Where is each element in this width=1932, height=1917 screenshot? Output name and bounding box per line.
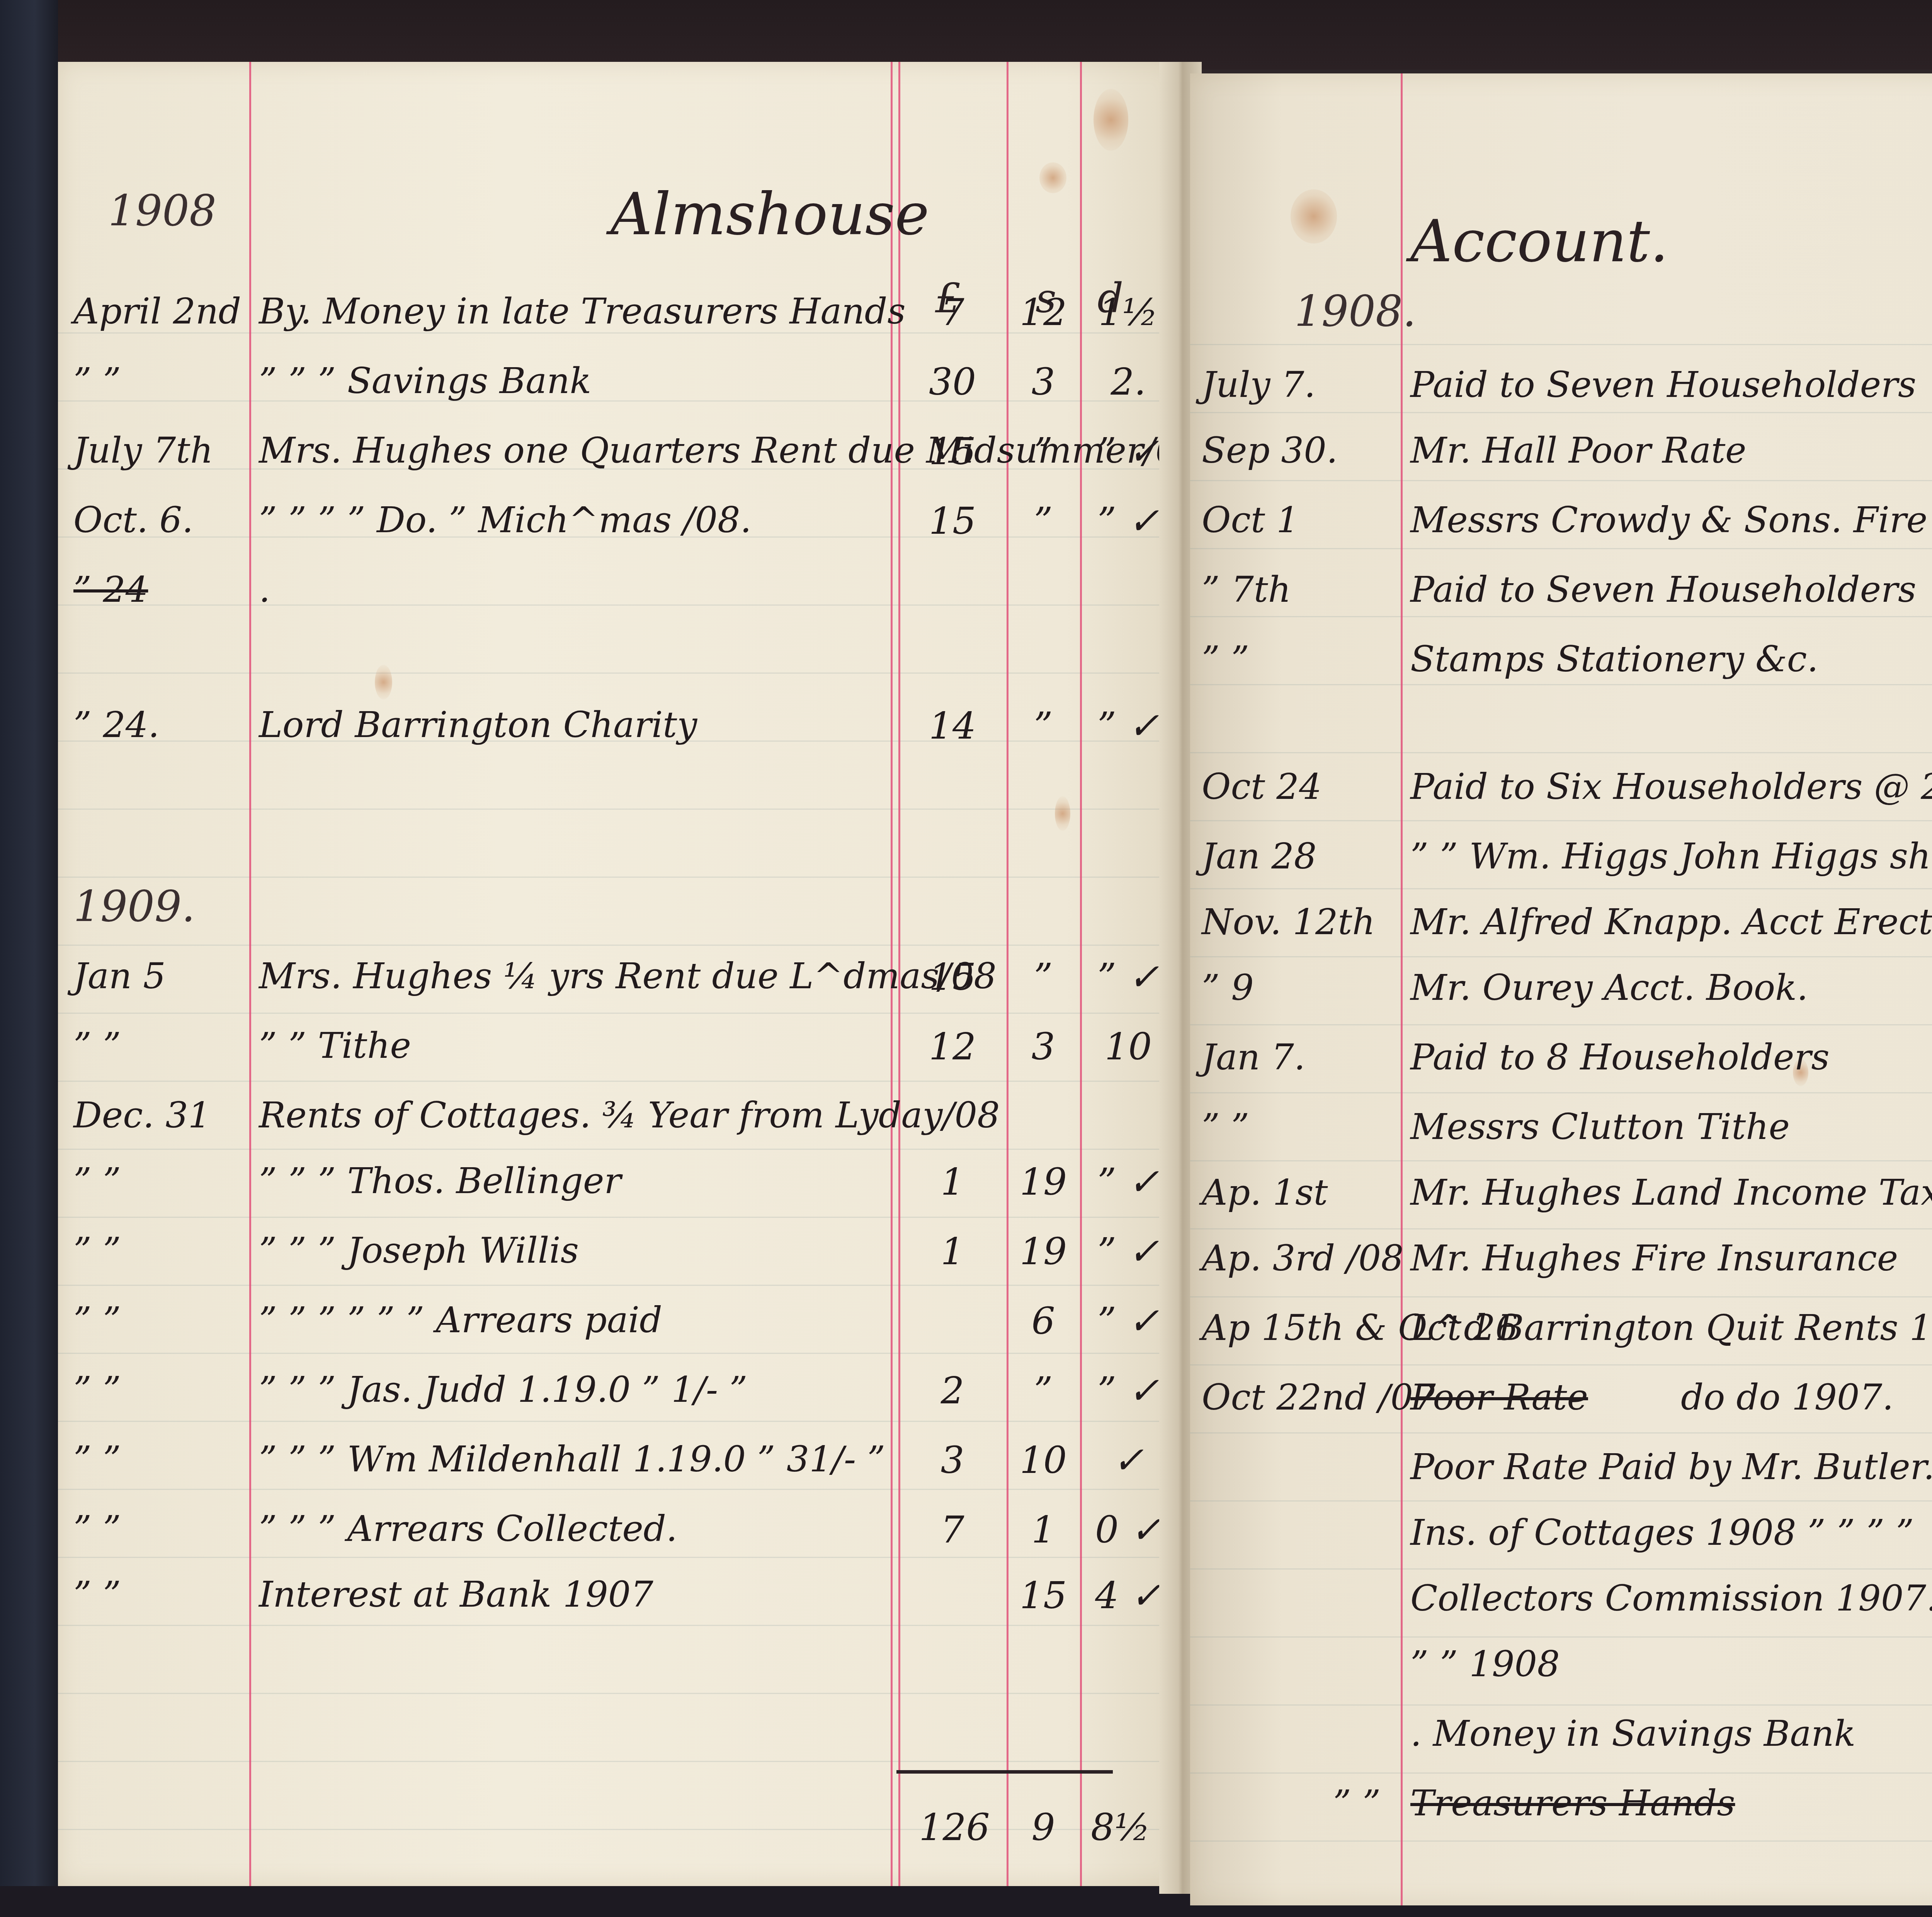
entry-date: April 2nd bbox=[73, 294, 241, 329]
ruled-line bbox=[1190, 480, 1932, 481]
entry-description: ” ” ” Jas. Judd 1.19.0 ” 1/- ” bbox=[259, 1372, 747, 1408]
amount-shillings: 15 bbox=[1009, 1577, 1078, 1614]
ledger-year: 1908 bbox=[108, 189, 216, 232]
ruled-line bbox=[58, 945, 1179, 946]
ruled-line bbox=[1190, 1024, 1932, 1025]
entry-date: ” ” bbox=[73, 1233, 121, 1268]
entry-description: Stamps Stationery &c. bbox=[1410, 642, 1818, 677]
amount-shillings: ” bbox=[1009, 958, 1078, 996]
amount-pounds: 3 bbox=[900, 1442, 1005, 1479]
entry-description: . Money in Savings Bank bbox=[1410, 1716, 1855, 1752]
ruled-line bbox=[58, 1421, 1179, 1422]
ruled-line bbox=[58, 1285, 1179, 1286]
entry-date: July 7th bbox=[73, 433, 213, 468]
entry-description: do do 1907. bbox=[1681, 1380, 1893, 1415]
entry-description: Paid to Seven Householders bbox=[1410, 572, 1916, 608]
entry-description: ” ” ” Joseph Willis bbox=[259, 1233, 579, 1268]
entry-date: Sep 30. bbox=[1202, 433, 1338, 468]
entry-description: Mrs. Hughes ¼ yrs Rent due L^dmas/08 bbox=[259, 958, 997, 994]
amount-pounds: 15 bbox=[900, 958, 1005, 996]
entry-description: ” ” ” Thos. Bellinger bbox=[259, 1163, 621, 1199]
foxing-stain bbox=[1055, 796, 1070, 831]
entry-date: Ap. 3rd /08 bbox=[1202, 1241, 1404, 1276]
ruled-line bbox=[1190, 548, 1932, 549]
entry-date: ” 24. bbox=[73, 707, 160, 743]
ruled-line bbox=[1190, 1704, 1932, 1706]
entry-description: L^d Barrington Quit Rents 1908. bbox=[1410, 1310, 1932, 1346]
entry-date: ” 24 bbox=[73, 572, 148, 608]
amount-pounds: 7 bbox=[900, 294, 1005, 331]
amount-pounds: 15 bbox=[900, 433, 1005, 470]
entry-date: ” 9 bbox=[1202, 970, 1254, 1006]
entry-date: Ap. 1st bbox=[1202, 1175, 1328, 1210]
entry-date: ” ” bbox=[1202, 642, 1249, 677]
entry-description: By. Money in late Treasurers Hands bbox=[259, 294, 906, 329]
total-pounds: 126 bbox=[904, 1809, 1005, 1846]
entry-description: ” ” ” Wm Mildenhall 1.19.0 ” 31/- ” bbox=[259, 1442, 885, 1477]
foxing-stain bbox=[1039, 162, 1066, 193]
year-label: 1909. bbox=[73, 885, 195, 928]
ruled-line bbox=[58, 877, 1179, 878]
ruled-line bbox=[58, 1217, 1179, 1218]
foxing-stain bbox=[1094, 89, 1128, 151]
entry-date: ” ” bbox=[73, 1372, 121, 1408]
total-underline bbox=[896, 1770, 1113, 1774]
amount-shillings: ” bbox=[1009, 433, 1078, 470]
ruled-line bbox=[1190, 1228, 1932, 1229]
ruled-line bbox=[58, 1081, 1179, 1082]
ruled-line bbox=[1190, 1772, 1932, 1774]
entry-date: July 7. bbox=[1202, 367, 1316, 403]
entry-description: Lord Barrington Charity bbox=[259, 707, 697, 743]
amount-pounds: 1 bbox=[900, 1233, 1005, 1270]
entry-description: ” ” 1908 bbox=[1410, 1646, 1560, 1682]
ruled-line bbox=[1190, 1160, 1932, 1161]
entry-date: ” ” bbox=[73, 1302, 121, 1338]
entry-date: Oct 1 bbox=[1202, 502, 1299, 538]
ruled-line bbox=[58, 1625, 1179, 1626]
amount-pounds: 14 bbox=[900, 707, 1005, 744]
amount-pounds: 30 bbox=[900, 363, 1005, 400]
ruled-line bbox=[58, 332, 1179, 334]
ruled-line bbox=[58, 1557, 1179, 1558]
amount-shillings: 10 bbox=[1009, 1442, 1078, 1479]
ruled-line bbox=[58, 400, 1179, 402]
entry-description: Rents of Cottages. ¾ Year from Lyday/08 bbox=[259, 1098, 1000, 1133]
ruled-line bbox=[1190, 616, 1932, 617]
amount-shillings: ” bbox=[1009, 1372, 1078, 1409]
entry-date: Oct 22nd /07 bbox=[1202, 1380, 1436, 1415]
amount-pounds: 15 bbox=[900, 502, 1005, 540]
amount-shillings: 12 bbox=[1009, 294, 1078, 331]
ruled-line bbox=[1190, 752, 1932, 753]
entry-date: ” ” bbox=[73, 1442, 121, 1477]
ruled-line bbox=[58, 1761, 1179, 1762]
date-margin-rule bbox=[249, 62, 251, 1886]
entry-description: . bbox=[259, 572, 270, 608]
ruled-line bbox=[1190, 684, 1932, 685]
entry-date: Jan 7. bbox=[1202, 1040, 1305, 1075]
amount-shillings: 19 bbox=[1009, 1233, 1078, 1270]
entry-description: Mr. Alfred Knapp. Acct Erection of New E… bbox=[1410, 904, 1932, 940]
entry-date: ” ” bbox=[1202, 1109, 1249, 1145]
ruled-line bbox=[58, 1149, 1179, 1150]
entry-description: Paid to Six Householders @ 28/- each bbox=[1410, 769, 1932, 805]
amount-pounds: 1 bbox=[900, 1163, 1005, 1200]
ruled-line bbox=[58, 604, 1179, 606]
amount-shillings: 3 bbox=[1009, 1028, 1078, 1065]
foxing-stain bbox=[375, 665, 392, 700]
entry-date: Oct 24 bbox=[1202, 769, 1321, 805]
entry-description: ” ” ” ” ” ” Arrears paid bbox=[259, 1302, 662, 1338]
entry-description: Mr. Ourey Acct. Book. bbox=[1410, 970, 1808, 1006]
entry-date: ” ” bbox=[73, 1028, 121, 1064]
foxing-stain bbox=[1291, 189, 1337, 243]
ruled-line bbox=[1190, 956, 1932, 957]
struck-text: Poor Rate bbox=[1410, 1380, 1588, 1415]
entry-description: ” ” Wm. Higgs John Higgs share of L^d Ba… bbox=[1410, 839, 1932, 874]
ruled-line bbox=[58, 672, 1179, 674]
ruled-line bbox=[1190, 820, 1932, 821]
ledger-page-right: Account. 1908. £ s d July 7.Paid to Seve… bbox=[1190, 73, 1932, 1905]
ruled-line bbox=[1190, 1500, 1932, 1502]
entry-description: ” ” ” Arrears Collected. bbox=[259, 1511, 677, 1547]
amount-pounds: 7 bbox=[900, 1511, 1005, 1548]
ruled-line bbox=[58, 1489, 1179, 1490]
entry-date: ” ” bbox=[73, 1511, 121, 1547]
ruled-line bbox=[1190, 1364, 1932, 1365]
entry-date: ” ” bbox=[73, 1577, 121, 1612]
entry-date: ” ” bbox=[73, 1163, 121, 1199]
entry-date: ” 7th bbox=[1202, 572, 1291, 608]
ledger-year: 1908. bbox=[1294, 290, 1416, 332]
book-cover-left bbox=[0, 0, 58, 1917]
total-shillings: 9 bbox=[1009, 1809, 1078, 1846]
entry-description: Messrs Clutton Tithe bbox=[1410, 1109, 1790, 1145]
ruled-line bbox=[1190, 344, 1932, 345]
entry-description: Poor Rate Paid by Mr. Butler. bbox=[1410, 1449, 1932, 1485]
entry-description: Mr. Hughes Fire Insurance bbox=[1410, 1241, 1898, 1276]
ruled-line bbox=[1190, 1568, 1932, 1570]
entry-date: Oct. 6. bbox=[73, 502, 193, 538]
entry-description: Ins. of Cottages 1908 ” ” ” ” bbox=[1410, 1515, 1914, 1551]
ruled-line bbox=[1190, 1636, 1932, 1638]
entry-description: Paid to Seven Householders bbox=[1410, 367, 1916, 403]
ledger-page-left: 1908 Almshouse £ s d April 2ndBy. Money … bbox=[58, 62, 1179, 1886]
entry-description: ” ” ” Savings Bank bbox=[259, 363, 591, 399]
entry-description: Interest at Bank 1907 bbox=[259, 1577, 653, 1612]
entry-description: Mr. Hall Poor Rate bbox=[1410, 433, 1747, 468]
entry-date: Nov. 12th bbox=[1202, 904, 1375, 940]
entry-date: ” ” bbox=[73, 363, 121, 399]
amount-shillings: 1 bbox=[1009, 1511, 1078, 1548]
entry-description: ” ” Tithe bbox=[259, 1028, 411, 1064]
ruled-line bbox=[1190, 888, 1932, 889]
entry-description: Messrs Crowdy & Sons. Fire Insurance bbox=[1410, 502, 1932, 538]
ruled-line bbox=[1190, 412, 1932, 413]
entry-description: Paid to 8 Householders bbox=[1410, 1040, 1830, 1075]
entry-description: Mr. Hughes Land Income Tax bbox=[1410, 1175, 1932, 1210]
amount-shillings: 3 bbox=[1009, 363, 1078, 400]
ledger-title: Account. bbox=[1410, 213, 1668, 271]
ledger-title: Almshouse bbox=[611, 186, 929, 243]
total-pence: 8½ bbox=[1082, 1809, 1159, 1846]
date-margin-rule bbox=[1401, 73, 1403, 1905]
ruled-line bbox=[58, 1693, 1179, 1694]
background-top bbox=[0, 0, 1932, 70]
ruled-line bbox=[58, 1013, 1179, 1014]
entry-description: Collectors Commission 1907. bbox=[1410, 1581, 1932, 1616]
amount-shillings: ” bbox=[1009, 707, 1078, 744]
ruled-line bbox=[58, 809, 1179, 810]
entry-date: Jan 28 bbox=[1202, 839, 1316, 874]
ruled-line bbox=[58, 1353, 1179, 1354]
amount-pounds: 12 bbox=[900, 1028, 1005, 1065]
amount-shillings: ” bbox=[1009, 502, 1078, 540]
entry-description: ” ” bbox=[1333, 1786, 1381, 1821]
amount-shillings: 19 bbox=[1009, 1163, 1078, 1200]
amount-shillings: 6 bbox=[1009, 1302, 1078, 1340]
entry-date: Jan 5 bbox=[73, 958, 166, 994]
ruled-line bbox=[1190, 1296, 1932, 1297]
ruled-line bbox=[1190, 1432, 1932, 1433]
ruled-line bbox=[1190, 1092, 1932, 1093]
entry-date: Dec. 31 bbox=[73, 1098, 211, 1133]
amount-pounds: 2 bbox=[900, 1372, 1005, 1409]
struck-text: Treasurers Hands bbox=[1410, 1786, 1735, 1821]
entry-description: ” ” ” ” Do. ” Mich^mas /08. bbox=[259, 502, 752, 538]
ruled-line bbox=[1190, 1840, 1932, 1842]
